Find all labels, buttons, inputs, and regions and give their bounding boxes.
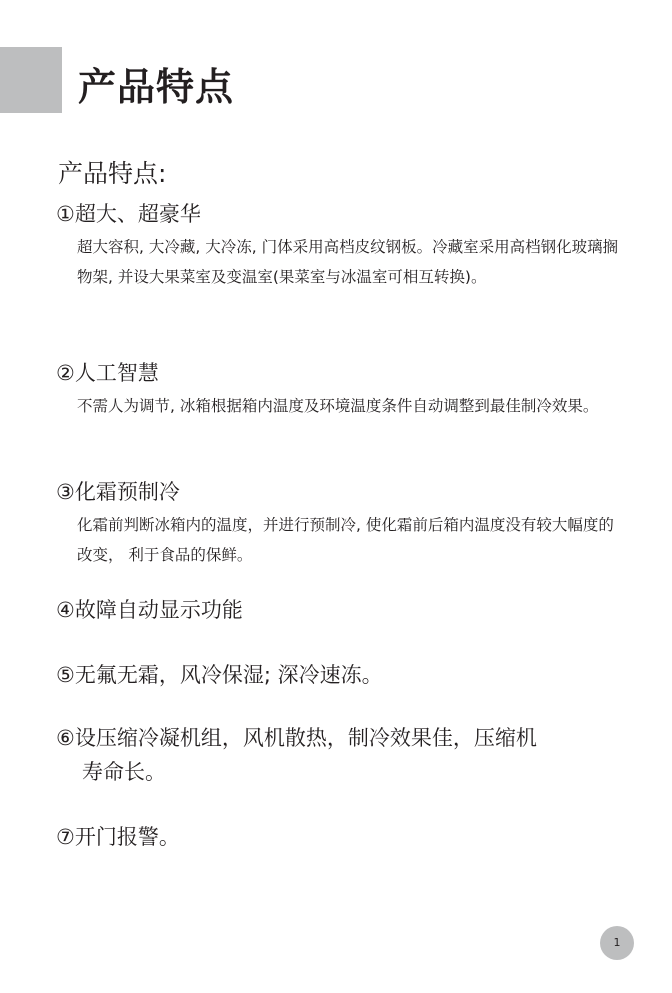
page-title: 产品特点 — [78, 62, 234, 112]
feature-item-1: ①超大、超豪华 超大容积, 大冷藏, 大冷冻, 门体采用高档皮纹钢板。冷藏室采用… — [56, 198, 622, 292]
feature-number: ⑦ — [56, 821, 75, 853]
feature-title: ②人工智慧 — [56, 357, 622, 389]
feature-title: ③化霜预制冷 — [56, 476, 622, 508]
feature-title-text: 人工智慧 — [75, 361, 159, 385]
feature-title: ⑥设压缩冷凝机组，风机散热，制冷效果佳，压缩机 — [56, 722, 537, 754]
feature-description: 化霜前判断冰箱内的温度，并进行预制冷, 使化霜前后箱内温度没有较大幅度的改变， … — [77, 510, 622, 570]
feature-title-text: 无氟无霜，风冷保湿; 深冷速冻。 — [75, 663, 383, 687]
feature-number: ⑥ — [56, 722, 75, 754]
feature-number: ④ — [56, 594, 75, 626]
feature-title: ⑤无氟无霜，风冷保湿; 深冷速冻。 — [56, 659, 383, 691]
feature-item-2: ②人工智慧 不需人为调节, 冰箱根据箱内温度及环境温度条件自动调整到最佳制冷效果… — [56, 357, 622, 421]
feature-number: ① — [56, 198, 75, 230]
feature-number: ⑤ — [56, 659, 75, 691]
page-number-badge: 1 — [600, 926, 634, 960]
feature-number: ③ — [56, 476, 75, 508]
feature-title: ④故障自动显示功能 — [56, 594, 243, 626]
feature-title-text: 开门报警。 — [75, 825, 180, 849]
header-accent-block — [0, 47, 62, 113]
feature-title: ①超大、超豪华 — [56, 198, 622, 230]
feature-title-text: 超大、超豪华 — [75, 202, 201, 226]
feature-item-4: ④故障自动显示功能 — [56, 594, 243, 626]
feature-title-text: 设压缩冷凝机组，风机散热，制冷效果佳，压缩机 — [75, 726, 537, 750]
feature-item-7: ⑦开门报警。 — [56, 821, 180, 853]
feature-item-5: ⑤无氟无霜，风冷保湿; 深冷速冻。 — [56, 659, 383, 691]
feature-title-continuation: 寿命长。 — [56, 754, 537, 790]
feature-description: 不需人为调节, 冰箱根据箱内温度及环境温度条件自动调整到最佳制冷效果。 — [77, 391, 622, 421]
feature-title-text: 化霜预制冷 — [75, 480, 180, 504]
feature-number: ② — [56, 357, 75, 389]
feature-title-text: 故障自动显示功能 — [75, 598, 243, 622]
feature-item-3: ③化霜预制冷 化霜前判断冰箱内的温度，并进行预制冷, 使化霜前后箱内温度没有较大… — [56, 476, 622, 570]
section-heading: 产品特点: — [58, 156, 166, 192]
feature-title: ⑦开门报警。 — [56, 821, 180, 853]
feature-description: 超大容积, 大冷藏, 大冷冻, 门体采用高档皮纹钢板。冷藏室采用高档钢化玻璃搁物… — [77, 232, 622, 292]
feature-item-6: ⑥设压缩冷凝机组，风机散热，制冷效果佳，压缩机 寿命长。 — [56, 722, 537, 790]
